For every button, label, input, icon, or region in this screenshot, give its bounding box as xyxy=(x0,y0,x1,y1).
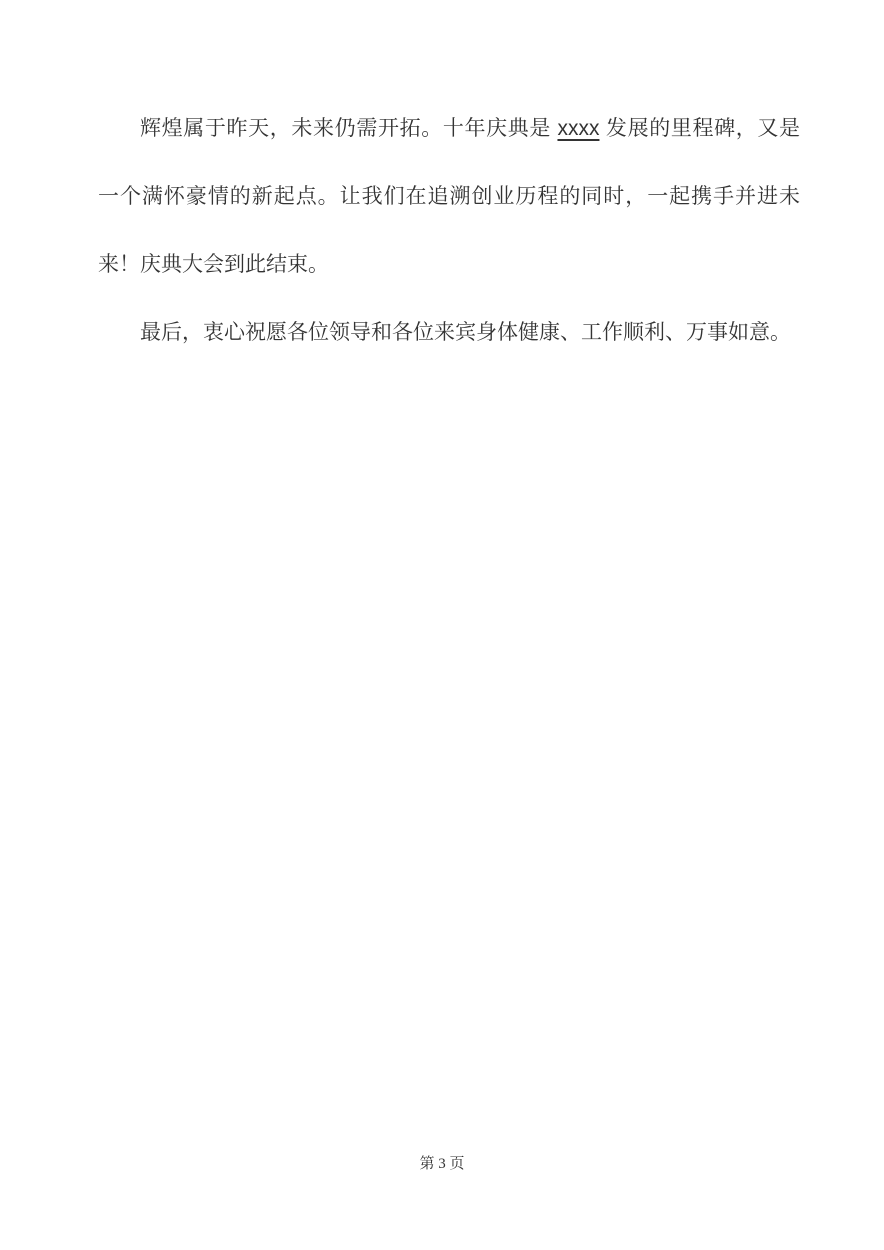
document-body: 辉煌属于昨天，未来仍需开拓。十年庆典是 xxxx 发展的里程碑，又是一个满怀豪情… xyxy=(98,95,800,367)
paragraph-2: 最后，衷心祝愿各位领导和各位来宾身体健康、工作顺利、万事如意。 xyxy=(98,299,800,367)
paragraph-1-text-continued: 发展的里程碑，又是一个满怀豪情的新起点。让我们在追溯创业历程的同时，一起携手并进… xyxy=(98,117,800,276)
paragraph-2-text: 最后，衷心祝愿各位领导和各位来宾身体健康、工作顺利、万事如意。 xyxy=(140,321,791,344)
page-number: 第 3 页 xyxy=(419,1156,464,1172)
paragraph-1-underlined-placeholder: xxxx xyxy=(557,117,599,140)
paragraph-1: 辉煌属于昨天，未来仍需开拓。十年庆典是 xxxx 发展的里程碑，又是一个满怀豪情… xyxy=(98,95,800,299)
paragraph-1-text: 辉煌属于昨天，未来仍需开拓。十年庆典是 xyxy=(140,117,557,140)
document-page: 辉煌属于昨天，未来仍需开拓。十年庆典是 xxxx 发展的里程碑，又是一个满怀豪情… xyxy=(0,0,884,1250)
page-footer: 第 3 页 xyxy=(0,1152,884,1173)
